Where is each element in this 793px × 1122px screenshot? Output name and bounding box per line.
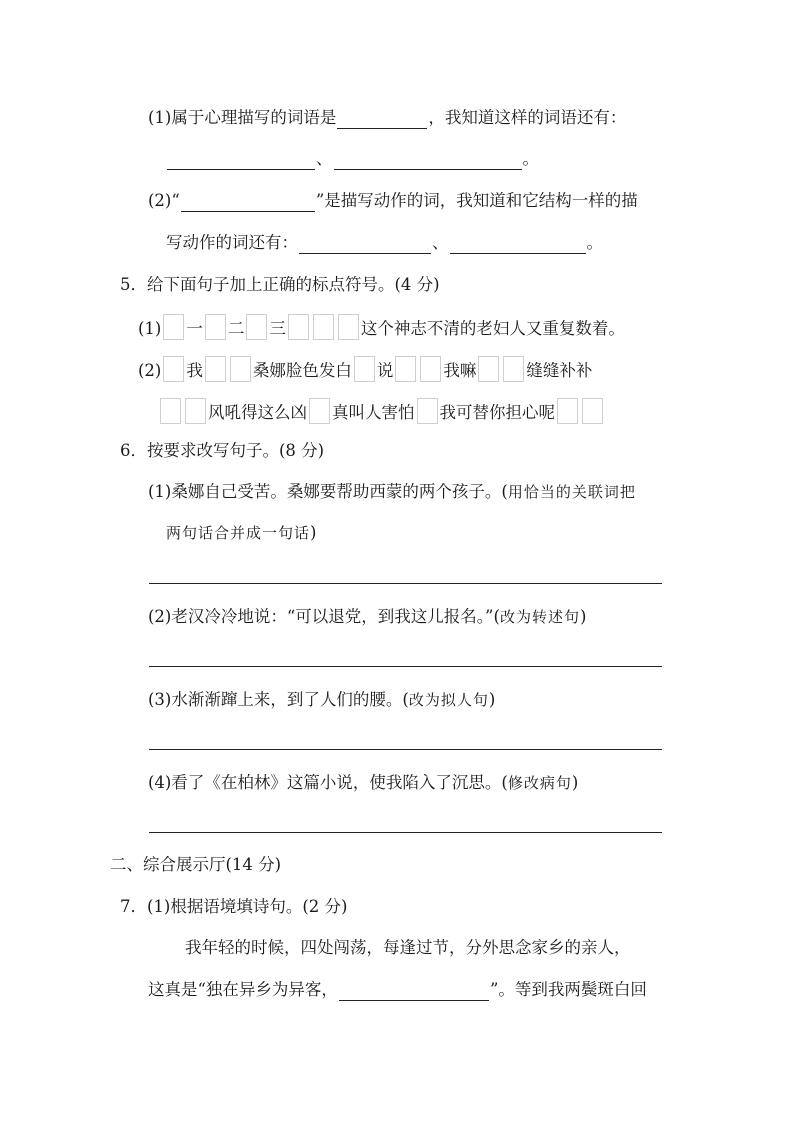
word: 这个神志不清的老妇人又重复数着。	[361, 318, 625, 340]
q5-sentence-2-line-2: 风吼得这么凶 真叫人害怕 我可替你担心呢	[158, 396, 605, 424]
q7-line-2-suffix: ”。等到我两鬓斑白回	[490, 979, 647, 1001]
q5-sentence-2-line-1: (2) 我 桑娜脸色发白 说 我嘛 缝缝补补	[138, 354, 592, 382]
word: 说	[377, 360, 394, 382]
q6-item-1-text: (1)桑娜自己受苦。桑娜要帮助西蒙的两个孩子。(	[148, 481, 508, 503]
answer-blank[interactable]	[167, 151, 315, 170]
punctuation-box[interactable]	[288, 314, 309, 340]
q4-item-1-line-1: (1)属于心理描写的词语是 ，我知道这样的词语还有：	[148, 107, 626, 129]
answer-line-3[interactable]	[149, 749, 662, 750]
q5-sentence-1-label: (1)	[138, 318, 161, 340]
word: 风吼得这么凶	[208, 402, 307, 424]
word: 真叫人害怕	[332, 402, 415, 424]
q4-item-1-line-2: 、 。	[166, 148, 539, 170]
answer-line-1[interactable]	[149, 583, 662, 584]
q6-item-4: (4)看了《在柏林》这篇小说，使我陷入了沉思。( 修改病句 )	[148, 772, 578, 794]
punctuation-box[interactable]	[313, 314, 334, 340]
separator: 、	[432, 232, 449, 254]
q4-item-2-mid: ”是描写动作的词，我知道和它结构一样的描	[316, 190, 638, 212]
period: 。	[587, 232, 604, 254]
punctuation-box[interactable]	[185, 398, 206, 424]
punctuation-box[interactable]	[417, 398, 438, 424]
q5-title: 5．给下面句子加上正确的标点符号。(4 分)	[120, 274, 440, 296]
punctuation-box[interactable]	[309, 398, 330, 424]
word: 我可替你担心呢	[440, 402, 556, 424]
close-paren: )	[489, 689, 495, 711]
punctuation-box[interactable]	[230, 356, 251, 382]
section-2-title: 二、综合展示厅(14 分)	[110, 854, 281, 876]
punctuation-box[interactable]	[557, 398, 578, 424]
punctuation-box[interactable]	[163, 356, 184, 382]
word: 我	[186, 360, 203, 382]
q7-paragraph-line-2: 这真是“独在异乡为异客， ”。等到我两鬓斑白回	[148, 979, 647, 1001]
answer-line-2[interactable]	[149, 666, 662, 667]
period: 。	[523, 148, 540, 170]
punctuation-box[interactable]	[163, 314, 184, 340]
q5-sentence-2-label: (2)	[138, 360, 161, 382]
answer-blank[interactable]	[450, 235, 586, 254]
q6-item-1-line-1: (1)桑娜自己受苦。桑娜要帮助西蒙的两个孩子。( 用恰当的关联词把	[148, 481, 636, 503]
word: 缝缝补补	[526, 360, 592, 382]
q6-item-2: (2)老汉冷冷地说：“可以退党，到我这儿报名。”( 改为转述句 )	[148, 606, 586, 628]
punctuation-box[interactable]	[354, 356, 375, 382]
q6-title: 6．按要求改写句子。(8 分)	[120, 440, 324, 462]
q7-paragraph-line-1: 我年轻的时候，四处闯荡，每逢过节，分外思念家乡的亲人，	[185, 937, 631, 959]
q6-item-4-text: (4)看了《在柏林》这篇小说，使我陷入了沉思。(	[148, 772, 508, 794]
answer-blank[interactable]	[299, 235, 431, 254]
q4-item-2-line-1: (2)“ ”是描写动作的词，我知道和它结构一样的描	[148, 190, 638, 212]
q6-item-2-text: (2)老汉冷冷地说：“可以退党，到我这儿报名。”(	[148, 606, 500, 628]
separator: 、	[316, 148, 333, 170]
answer-blank[interactable]	[339, 982, 489, 1001]
close-paren: )	[310, 522, 316, 544]
close-paren: )	[572, 772, 578, 794]
answer-blank[interactable]	[334, 151, 522, 170]
q6-item-3-text: (3)水渐渐蹿上来，到了人们的腰。(	[148, 689, 409, 711]
word: 三	[269, 318, 286, 340]
close-paren: )	[580, 606, 586, 628]
punctuation-box[interactable]	[395, 356, 416, 382]
punctuation-box[interactable]	[205, 356, 226, 382]
q6-item-1-hint-2: 两句话合并成一句话	[166, 522, 310, 544]
q6-item-4-hint: 修改病句	[508, 772, 572, 794]
answer-blank[interactable]	[337, 110, 427, 129]
punctuation-box[interactable]	[160, 398, 181, 424]
word: 一	[186, 318, 203, 340]
punctuation-box[interactable]	[246, 314, 267, 340]
answer-line-4[interactable]	[149, 832, 662, 833]
answer-blank[interactable]	[181, 193, 315, 212]
q4-item-2-prefix: (2)“	[148, 190, 180, 212]
q7-title: 7．(1)根据语境填诗句。(2 分)	[120, 896, 348, 918]
q4-item-1-mid: ，我知道这样的词语还有：	[428, 107, 626, 129]
q6-item-2-hint: 改为转述句	[500, 606, 580, 628]
punctuation-box[interactable]	[420, 356, 441, 382]
word: 二	[228, 318, 245, 340]
punctuation-box[interactable]	[478, 356, 499, 382]
q4-item-2-line-2: 写动作的词还有： 、 。	[166, 232, 603, 254]
word: 桑娜脸色发白	[253, 360, 352, 382]
q6-item-1-hint: 用恰当的关联词把	[508, 481, 636, 503]
q6-item-1-line-2: 两句话合并成一句话 )	[166, 522, 316, 544]
q6-item-3-hint: 改为拟人句	[409, 689, 489, 711]
punctuation-box[interactable]	[205, 314, 226, 340]
punctuation-box[interactable]	[582, 398, 603, 424]
q5-sentence-1: (1) 一 二 三 这个神志不清的老妇人又重复数着。	[138, 312, 625, 340]
q6-item-3: (3)水渐渐蹿上来，到了人们的腰。( 改为拟人句 )	[148, 689, 495, 711]
word: 我嘛	[443, 360, 476, 382]
punctuation-box[interactable]	[503, 356, 524, 382]
q7-line-2-prefix: 这真是“独在异乡为异客，	[148, 979, 338, 1001]
punctuation-box[interactable]	[338, 314, 359, 340]
q4-item-1-prefix: (1)属于心理描写的词语是	[148, 107, 336, 129]
q4-item-2-line2-text: 写动作的词还有：	[166, 232, 298, 254]
